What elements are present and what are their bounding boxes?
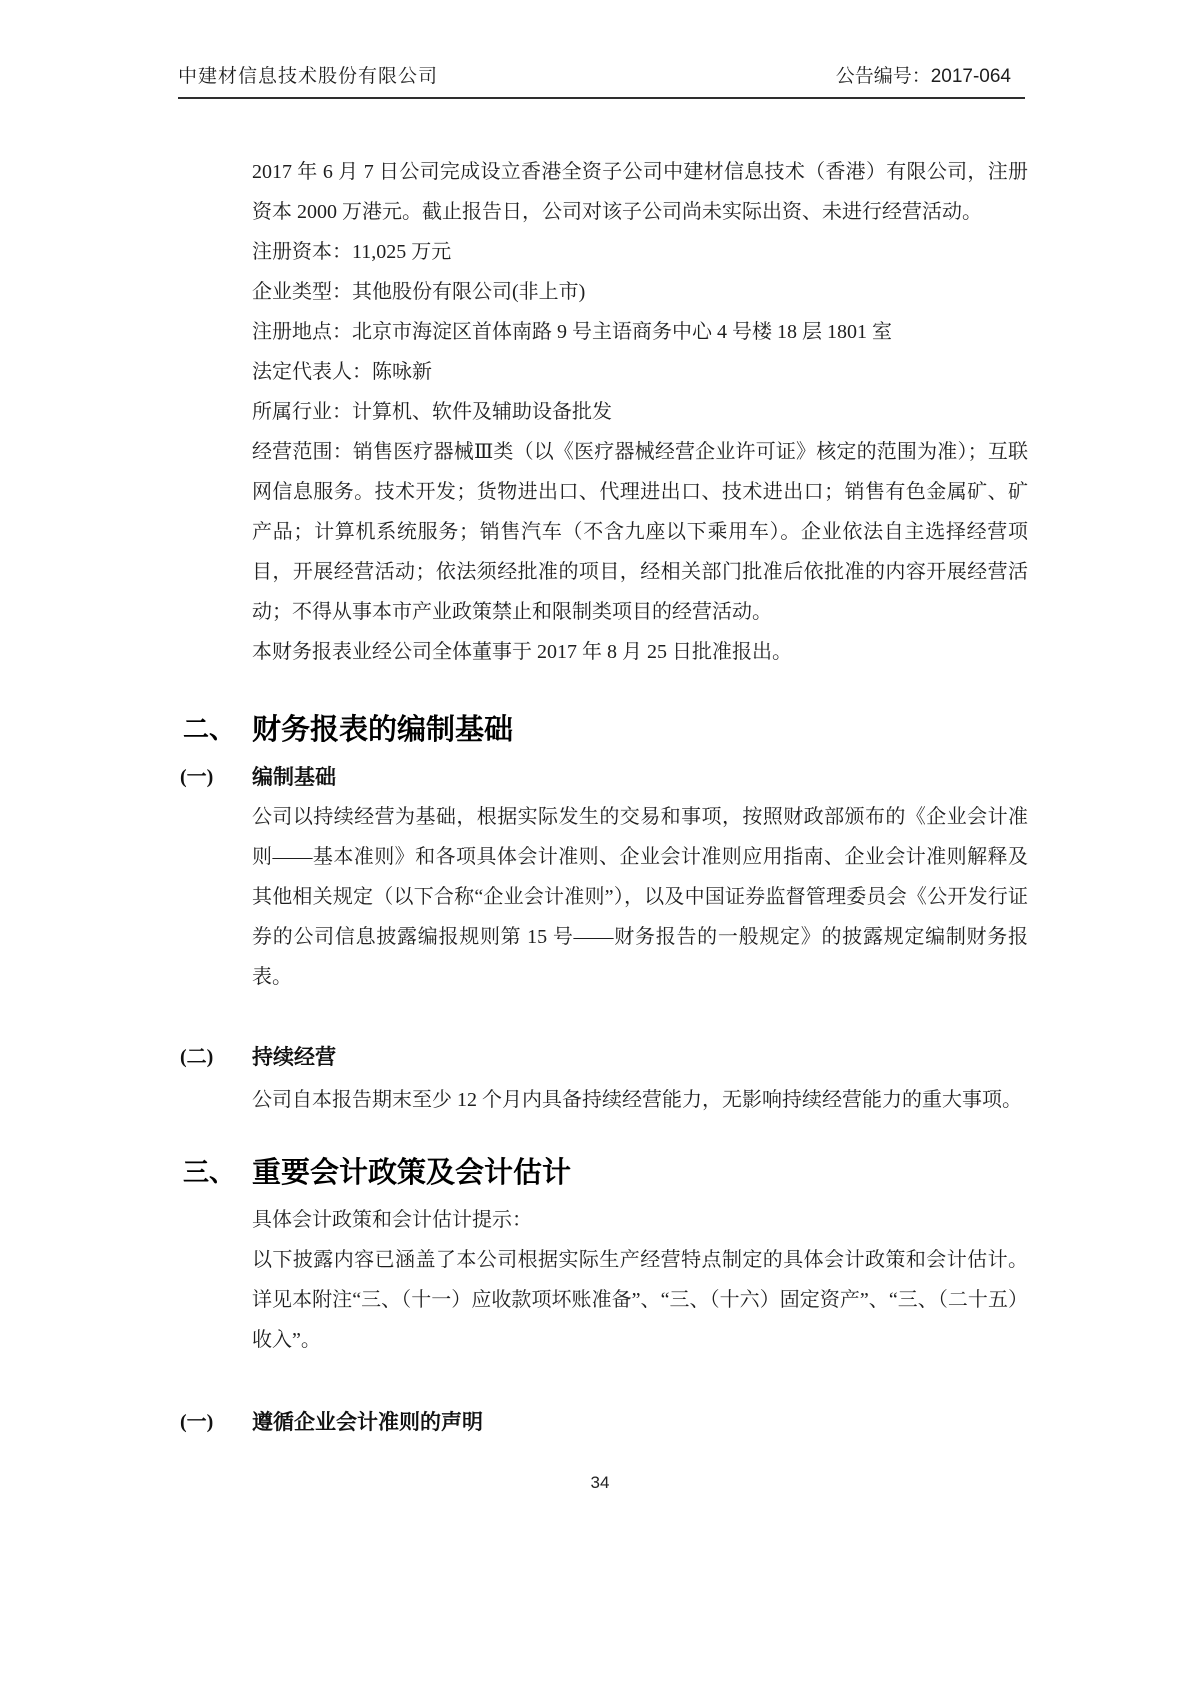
section-3-1-heading: (一) 遵循企业会计准则的声明 [180, 1402, 1028, 1442]
page-number: 34 [591, 1473, 610, 1492]
registered-capital-line: 注册资本：11,025 万元 [252, 232, 1028, 272]
section-2-2-heading: (二) 持续经营 [180, 1037, 1028, 1077]
document-page: 中建材信息技术股份有限公司 公告编号：2017-064 2017 年 6 月 7… [0, 0, 1200, 1696]
section-2-2-number: (二) [180, 1037, 252, 1077]
announcement-number: 公告编号：2017-064 [836, 64, 1025, 90]
basis-of-preparation-paragraph: 公司以持续经营为基础，根据实际发生的交易和事项，按照财政部颁布的《企业会计准则—… [252, 797, 1028, 997]
legal-representative-line: 法定代表人：陈咏新 [252, 352, 1028, 392]
section-2-heading: 二、 财务报表的编制基础 [183, 708, 1028, 752]
section-2-1-number: (一) [180, 757, 252, 797]
section-3-heading: 三、 重要会计政策及会计估计 [183, 1151, 1028, 1195]
section-2-2-title: 持续经营 [252, 1037, 336, 1077]
section-2-number: 二、 [183, 708, 252, 752]
industry-line: 所属行业：计算机、软件及辅助设备批发 [252, 392, 1028, 432]
section-3-title: 重要会计政策及会计估计 [252, 1151, 571, 1195]
section-2-1-heading: (一) 编制基础 [180, 757, 1028, 797]
intro-paragraph: 2017 年 6 月 7 日公司完成设立香港全资子公司中建材信息技术（香港）有限… [252, 152, 1028, 232]
business-scope-paragraph: 经营范围：销售医疗器械Ⅲ类（以《医疗器械经营企业许可证》核定的范围为准）；互联网… [252, 432, 1028, 632]
company-type-line: 企业类型：其他股份有限公司(非上市) [252, 272, 1028, 312]
page-footer: 34 [0, 1470, 1200, 1496]
approval-statement: 本财务报表业经公司全体董事于 2017 年 8 月 25 日批准报出。 [252, 632, 1028, 672]
accounting-policy-paragraph: 以下披露内容已涵盖了本公司根据实际生产经营特点制定的具体会计政策和会计估计。详见… [252, 1240, 1028, 1360]
document-body: 2017 年 6 月 7 日公司完成设立香港全资子公司中建材信息技术（香港）有限… [252, 152, 1028, 1442]
section-2-1-title: 编制基础 [252, 757, 336, 797]
section-2-title: 财务报表的编制基础 [252, 708, 513, 752]
accounting-policy-hint: 具体会计政策和会计估计提示： [252, 1200, 1028, 1240]
going-concern-paragraph: 公司自本报告期末至少 12 个月内具备持续经营能力，无影响持续经营能力的重大事项… [252, 1080, 1028, 1120]
section-3-number: 三、 [183, 1151, 252, 1195]
page-header: 中建材信息技术股份有限公司 公告编号：2017-064 [178, 0, 1025, 99]
company-name: 中建材信息技术股份有限公司 [178, 64, 438, 90]
section-3-1-number: (一) [180, 1402, 252, 1442]
registered-address-line: 注册地点：北京市海淀区首体南路 9 号主语商务中心 4 号楼 18 层 1801… [252, 312, 1028, 352]
section-3-1-title: 遵循企业会计准则的声明 [252, 1402, 483, 1442]
